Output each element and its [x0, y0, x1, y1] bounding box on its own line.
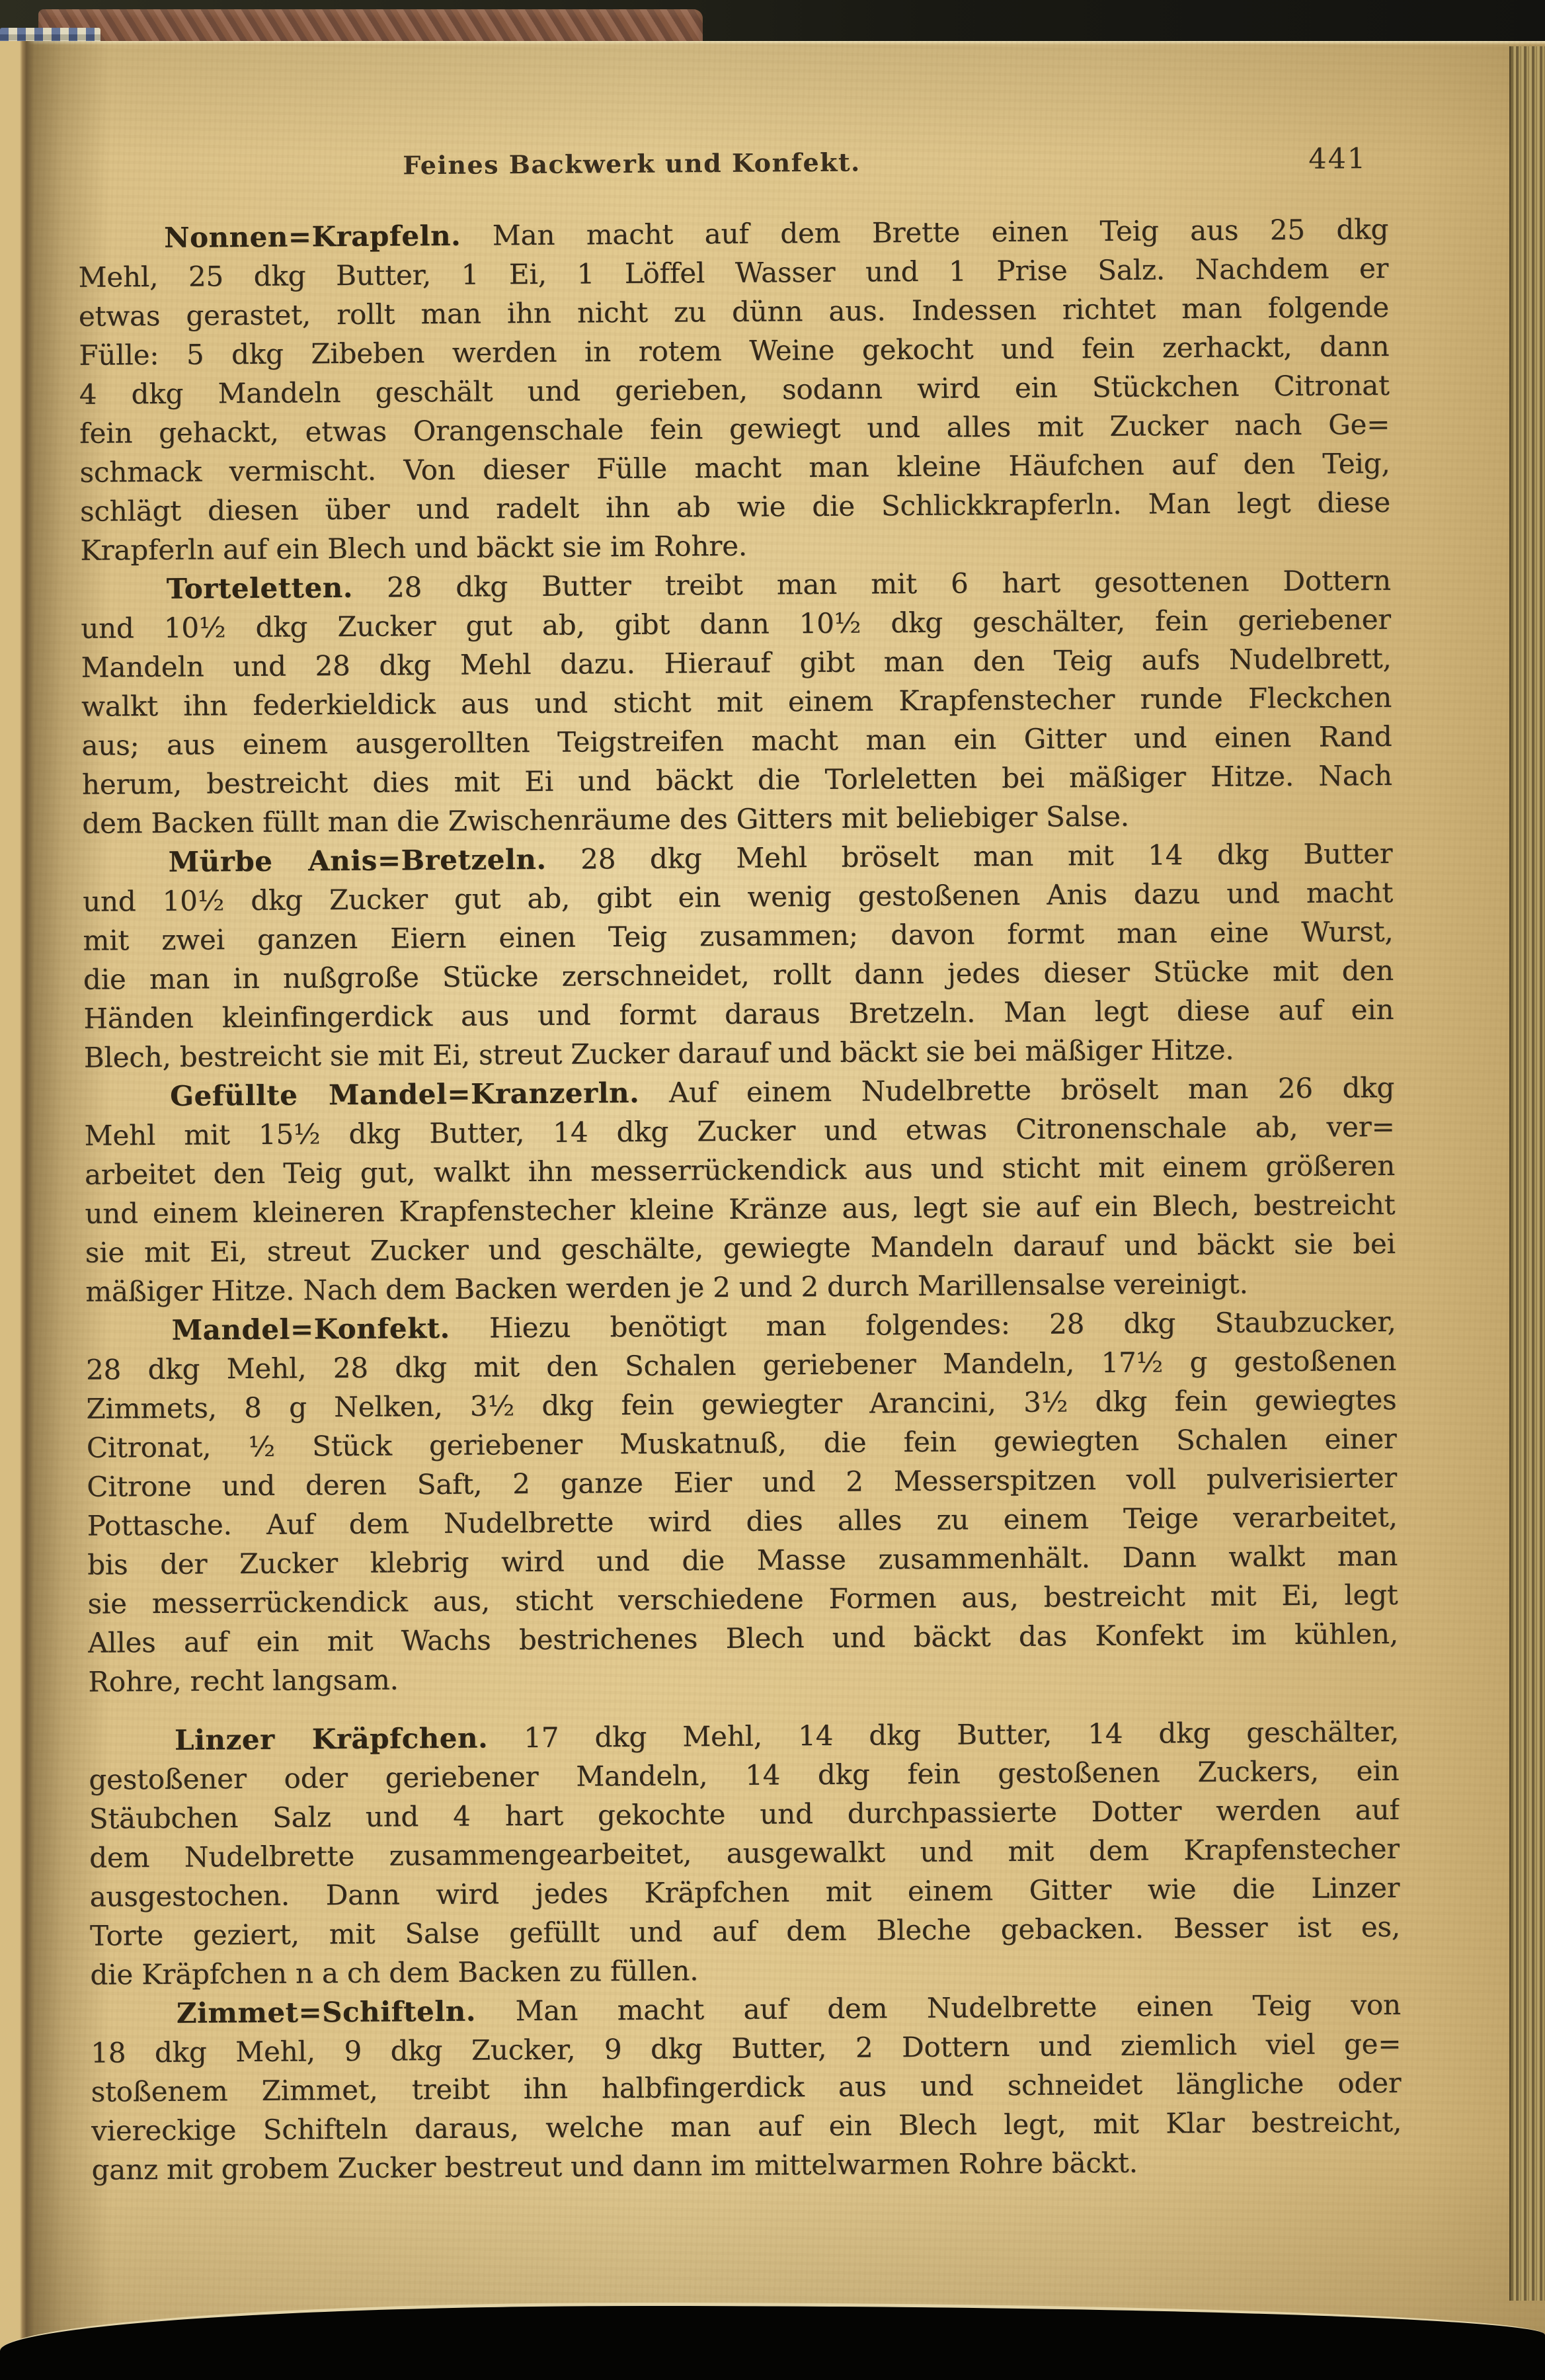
recipe-paragraph: Mandel=Konfekt. Hiezu benötigt man folge…	[85, 1302, 1398, 1702]
text-line: ganz mit grobem Zucker bestreut und dann…	[91, 2141, 1402, 2190]
text-line: Rohre, recht langsam.	[88, 1653, 1398, 1702]
recipe-title: Nonnen=Krapfeln.	[164, 220, 461, 254]
recipes-block: Nonnen=Krapfeln. Man macht auf dem Brett…	[78, 210, 1402, 2190]
recipe-paragraph: Gefüllte Mandel=Kranzerln. Auf einem Nud…	[84, 1068, 1396, 1311]
page-header: Feines Backwerk und Konfekt. 441	[77, 144, 1388, 192]
book-page: Feines Backwerk und Konfekt. 441 Nonnen=…	[0, 41, 1545, 2380]
page-number: 441	[1308, 142, 1367, 176]
recipe-paragraph: Mürbe Anis=Bretzeln. 28 dkg Mehl bröselt…	[82, 834, 1394, 1077]
recipe-paragraph: Zimmet=Schifteln. Man macht auf dem Nude…	[91, 1985, 1402, 2190]
running-title: Feines Backwerk und Konfekt.	[403, 147, 861, 181]
background-bottom-band	[0, 2303, 1545, 2380]
page-fore-edges	[1509, 46, 1545, 2301]
recipe-paragraph: Nonnen=Krapfeln. Man macht auf dem Brett…	[78, 210, 1391, 570]
recipe-title: Torteletten.	[167, 571, 353, 605]
recipe-title: Gefüllte Mandel=Kranzerln.	[170, 1077, 639, 1112]
recipe-title: Mürbe Anis=Bretzeln.	[169, 843, 547, 878]
recipe-title: Mandel=Konfekt.	[171, 1312, 450, 1346]
recipe-title: Zimmet=Schifteln.	[177, 1995, 476, 2030]
page-content: Feines Backwerk und Konfekt. 441 Nonnen=…	[77, 32, 1404, 2380]
recipe-paragraph: Torteletten. 28 dkg Butter treibt man mi…	[81, 561, 1393, 843]
recipe-paragraph: Linzer Kräpfchen. 17 dkg Mehl, 14 dkg Bu…	[89, 1712, 1401, 1994]
book-scan: Feines Backwerk und Konfekt. 441 Nonnen=…	[0, 0, 1545, 2380]
recipe-title: Linzer Kräpfchen.	[175, 1722, 488, 1756]
